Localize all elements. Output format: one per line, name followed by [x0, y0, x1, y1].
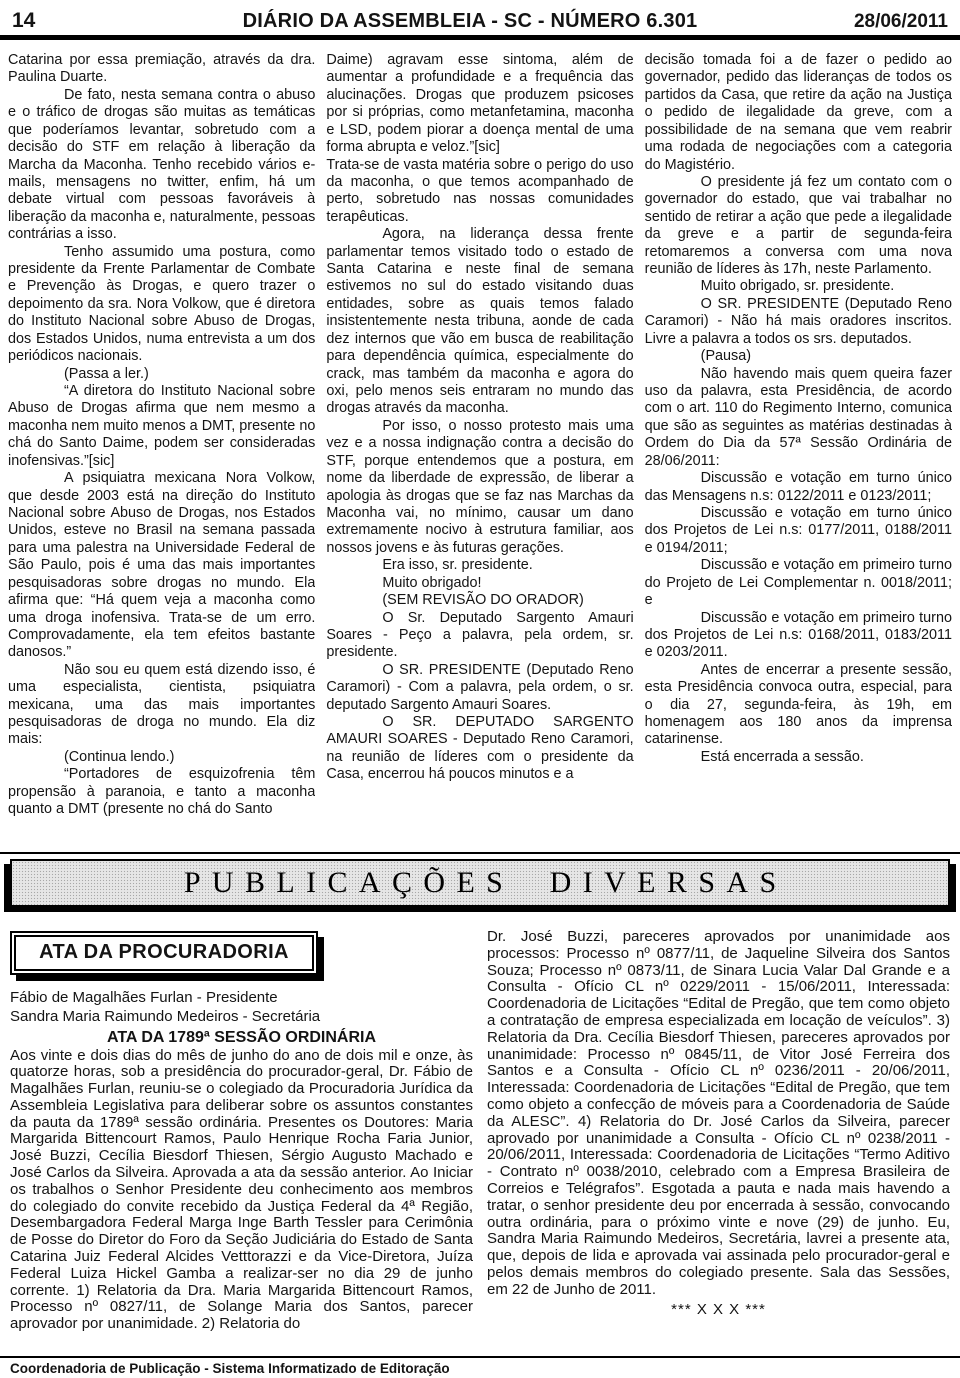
speech-paragraph: Agora, na liderança dessa frente parlame…	[326, 226, 633, 418]
speech-paragraph: Discussão e votação em primeiro turno do…	[645, 557, 952, 609]
speech-column-3: decisão tomada foi a de fazer o pedido a…	[645, 52, 952, 852]
speech-paragraph: “Portadores de esquizofrenia têm propens…	[8, 766, 315, 818]
closing-mark: *** X X X ***	[487, 1301, 950, 1318]
speech-column-2: Daime) agravam esse sintoma, além de aum…	[326, 52, 633, 852]
speech-paragraph: De fato, nesta semana contra o abuso e o…	[8, 87, 315, 244]
speech-paragraph: Era isso, sr. presidente.	[326, 557, 633, 574]
speech-paragraph: Tenho assumido uma postura, como preside…	[8, 244, 315, 366]
president-name-line: Fábio de Magalhães Furlan - Presidente	[10, 989, 473, 1008]
page-header: 14 DIÁRIO DA ASSEMBLEIA - SC - NÚMERO 6.…	[0, 0, 960, 40]
session-title: ATA DA 1789ª SESSÃO ORDINÁRIA	[10, 1029, 473, 1047]
speech-paragraph: Discussão e votação em turno único das M…	[645, 470, 952, 505]
speech-paragraph: (Pausa)	[645, 348, 952, 365]
page-number: 14	[12, 9, 102, 33]
speech-paragraph: Trata-se de vasta matéria sobre o perigo…	[326, 157, 633, 227]
newspaper-title: DIÁRIO DA ASSEMBLEIA - SC - NÚMERO 6.301	[102, 10, 838, 33]
speech-paragraph: Muito obrigado, sr. presidente.	[645, 278, 952, 295]
page-footer: Coordenadoria de Publicação - Sistema In…	[0, 1356, 960, 1378]
speech-paragraph: Catarina por essa premiação, através da …	[8, 52, 315, 87]
speech-paragraph: Discussão e votação em primeiro turno do…	[645, 610, 952, 662]
speech-paragraph: O presidente já fez um contato com o gov…	[645, 174, 952, 279]
issue-date: 28/06/2011	[838, 11, 948, 33]
speech-paragraph: A psiquiatra mexicana Nora Volkow, que d…	[8, 470, 315, 662]
speech-paragraph: O Sr. Deputado Sargento Amauri Soares - …	[326, 610, 633, 662]
footer-text: Coordenadoria de Publicação - Sistema In…	[10, 1361, 450, 1376]
gazette-page: 14 DIÁRIO DA ASSEMBLEIA - SC - NÚMERO 6.…	[0, 0, 960, 1378]
secretary-name-line: Sandra Maria Raimundo Medeiros - Secretá…	[10, 1008, 473, 1027]
banner-title: PUBLICAÇÕES DIVERSAS	[172, 866, 787, 900]
speeches-section: Catarina por essa premiação, através da …	[0, 40, 960, 852]
speech-paragraph: (SEM REVISÃO DO ORADOR)	[326, 592, 633, 609]
speech-paragraph: Daime) agravam esse sintoma, além de aum…	[326, 52, 633, 157]
speech-paragraph: “A diretora do Instituto Nacional sobre …	[8, 383, 315, 470]
diverse-publications-banner: PUBLICAÇÕES DIVERSAS	[0, 854, 960, 915]
speech-paragraph: Antes de encerrar a presente sessão, est…	[645, 662, 952, 749]
ata-box-title: ATA DA PROCURADORIA	[14, 935, 314, 971]
speech-paragraph: Discussão e votação em turno único dos P…	[645, 505, 952, 557]
speech-paragraph: Por isso, o nosso protesto mais uma vez …	[326, 418, 633, 557]
speech-paragraph: O SR. DEPUTADO SARGENTO AMAURI SOARES - …	[326, 714, 633, 784]
ata-right-column: Dr. José Buzzi, pareceres aprovados por …	[487, 929, 950, 1352]
speech-paragraph: (Continua lendo.)	[8, 749, 315, 766]
speech-paragraph: Está encerrada a sessão.	[645, 749, 952, 766]
speech-paragraph: Não sou eu quem está dizendo isso, é uma…	[8, 662, 315, 749]
ata-body-left: Aos vinte e dois dias do mês de junho do…	[10, 1048, 473, 1334]
ata-left-column: ATA DA PROCURADORIA Fábio de Magalhães F…	[10, 929, 473, 1352]
ata-section: ATA DA PROCURADORIA Fábio de Magalhães F…	[0, 915, 960, 1352]
ata-body-right: Dr. José Buzzi, pareceres aprovados por …	[487, 929, 950, 1299]
speech-paragraph: (Passa a ler.)	[8, 366, 315, 383]
speech-column-1: Catarina por essa premiação, através da …	[8, 52, 315, 852]
speech-paragraph: O SR. PRESIDENTE (Deputado Reno Caramori…	[645, 296, 952, 348]
speech-paragraph: decisão tomada foi a de fazer o pedido a…	[645, 52, 952, 174]
banner-box: PUBLICAÇÕES DIVERSAS	[10, 859, 950, 907]
speech-paragraph: O SR. PRESIDENTE (Deputado Reno Caramori…	[326, 662, 633, 714]
ata-procuradoria-box: ATA DA PROCURADORIA	[10, 931, 318, 975]
speech-paragraph: Muito obrigado!	[326, 575, 633, 592]
speech-paragraph: Não havendo mais quem queira fazer uso d…	[645, 366, 952, 471]
